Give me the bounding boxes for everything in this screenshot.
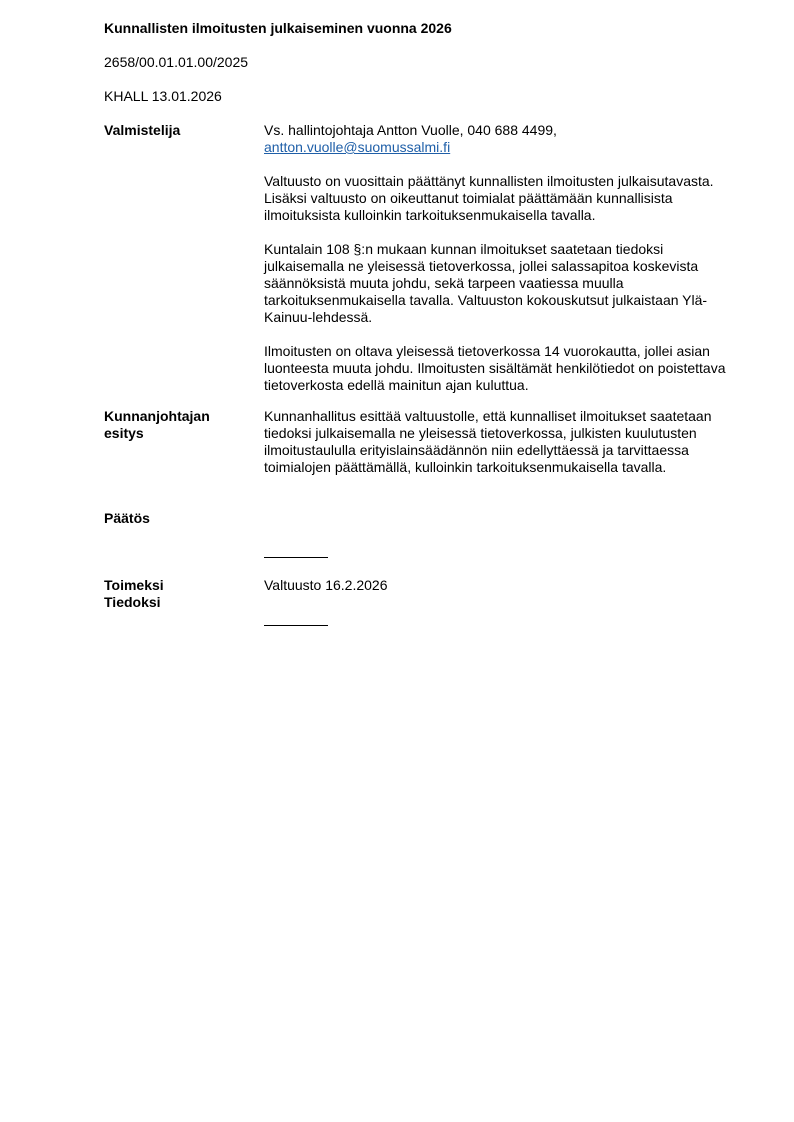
- paragraph: Kuntalain 108 §:n mukaan kunnan ilmoituk…: [264, 241, 744, 326]
- esitys-label-line2: esitys: [104, 425, 254, 442]
- esitys-label-line1: Kunnanjohtajan: [104, 408, 254, 425]
- valmistelija-label: Valmistelija: [104, 122, 254, 139]
- toimeksi-text: Valtuusto 16.2.2026: [264, 577, 744, 594]
- section-divider: [264, 625, 328, 626]
- document-title: Kunnallisten ilmoitusten julkaiseminen v…: [104, 20, 452, 37]
- valmistelija-content: Vs. hallintojohtaja Antton Vuolle, 040 6…: [264, 122, 744, 394]
- paragraph: Ilmoitusten on oltava yleisessä tietover…: [264, 343, 744, 394]
- contact-line: Vs. hallintojohtaja Antton Vuolle, 040 6…: [264, 122, 744, 139]
- case-number: 2658/00.01.01.00/2025: [104, 54, 248, 71]
- toimeksi-label: Toimeksi Tiedoksi: [104, 577, 254, 611]
- esitys-label: Kunnanjohtajan esitys: [104, 408, 254, 442]
- email-link[interactable]: antton.vuolle@suomussalmi.fi: [264, 139, 450, 155]
- esitys-text: Kunnanhallitus esittää valtuustolle, ett…: [264, 408, 744, 476]
- paragraph: Valtuusto on vuosittain päättänyt kunnal…: [264, 173, 744, 224]
- meeting-info: KHALL 13.01.2026: [104, 88, 222, 105]
- tiedoksi-label-line2: Tiedoksi: [104, 594, 254, 611]
- paatos-label: Päätös: [104, 510, 254, 527]
- toimeksi-label-line1: Toimeksi: [104, 577, 254, 594]
- section-divider: [264, 557, 328, 558]
